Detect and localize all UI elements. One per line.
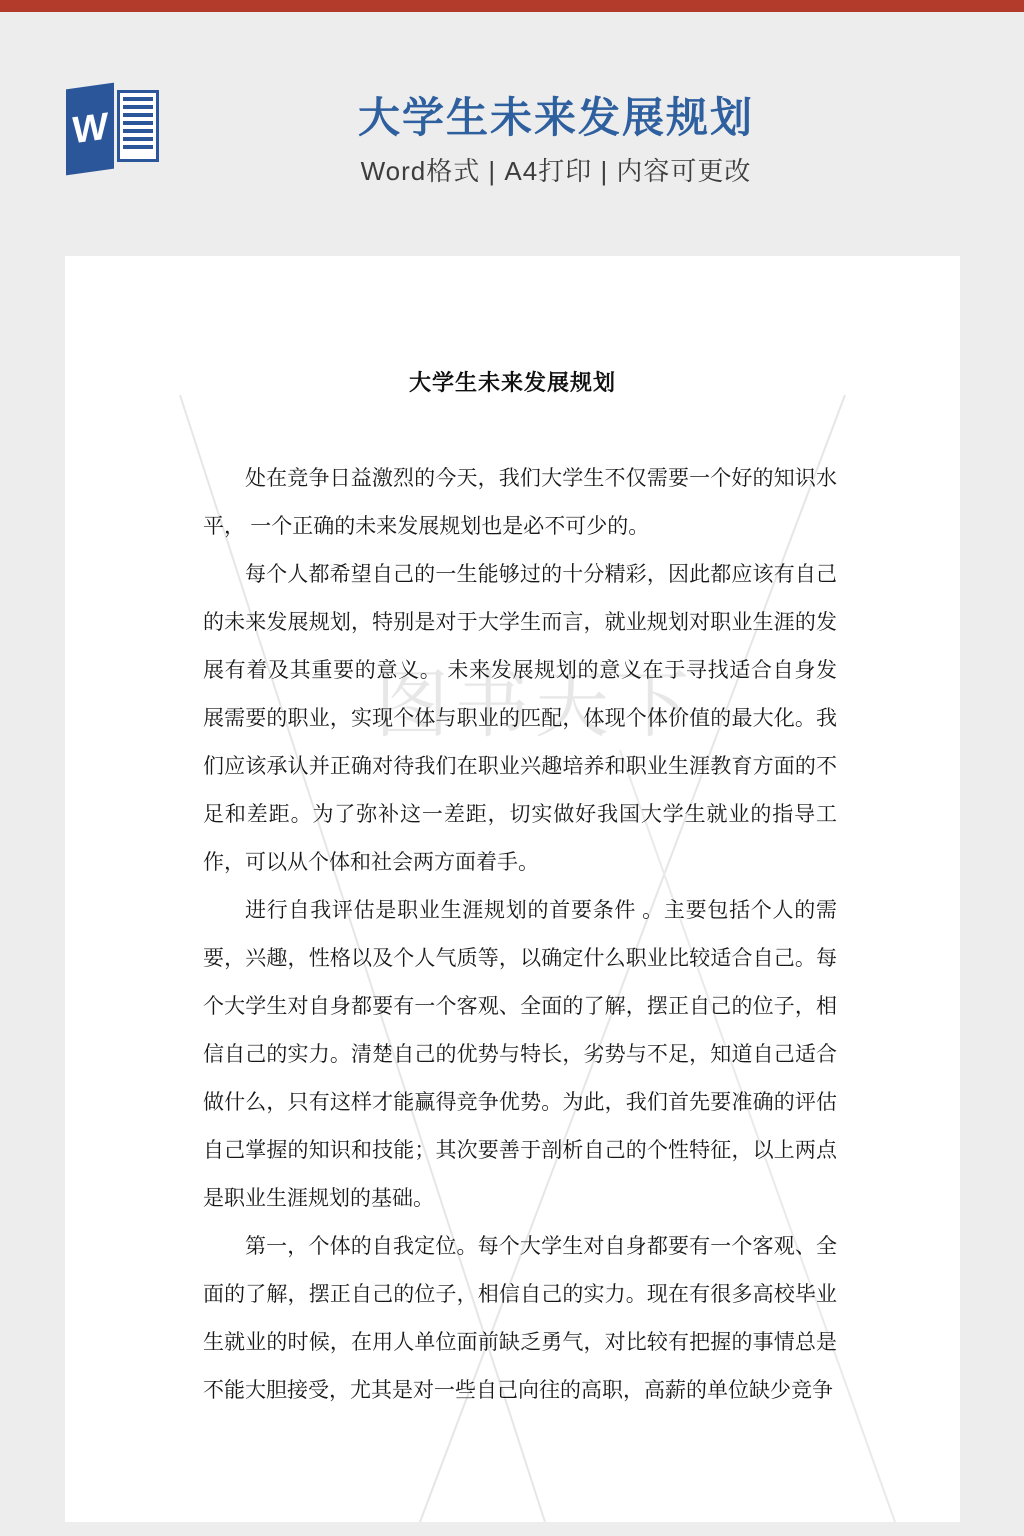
page-subtitle: Word格式 | A4打印 | 内容可更改 <box>88 154 1024 188</box>
page-title: 大学生未来发展规划 <box>88 92 1024 144</box>
header: W 大学生未来发展规划 Word格式 | A4打印 | 内容可更改 <box>0 0 1024 256</box>
document-title: 大学生未来发展规划 <box>65 366 960 397</box>
paragraph: 每个人都希望自己的一生能够过的十分精彩，因此都应该有自己的未来发展规划，特别是对… <box>203 550 837 886</box>
document-page[interactable]: 图书天下 大学生未来发展规划 处在竞争日益激烈的今天，我们大学生不仅需要一个好的… <box>65 256 960 1522</box>
paragraph: 处在竞争日益激烈的今天，我们大学生不仅需要一个好的知识水平， 一个正确的未来发展… <box>203 454 837 550</box>
header-text: 大学生未来发展规划 Word格式 | A4打印 | 内容可更改 <box>88 92 1024 188</box>
paragraph: 第一，个体的自我定位。每个大学生对自身都要有一个客观、全面的了解，摆正自己的位子… <box>203 1222 837 1414</box>
page: { "colors": { "background": "#ededed", "… <box>0 0 1024 1536</box>
paragraph: 进行自我评估是职业生涯规划的首要条件 。主要包括个人的需要，兴趣，性格以及个人气… <box>203 886 837 1222</box>
document-body[interactable]: 处在竞争日益激烈的今天，我们大学生不仅需要一个好的知识水平， 一个正确的未来发展… <box>203 454 837 1414</box>
